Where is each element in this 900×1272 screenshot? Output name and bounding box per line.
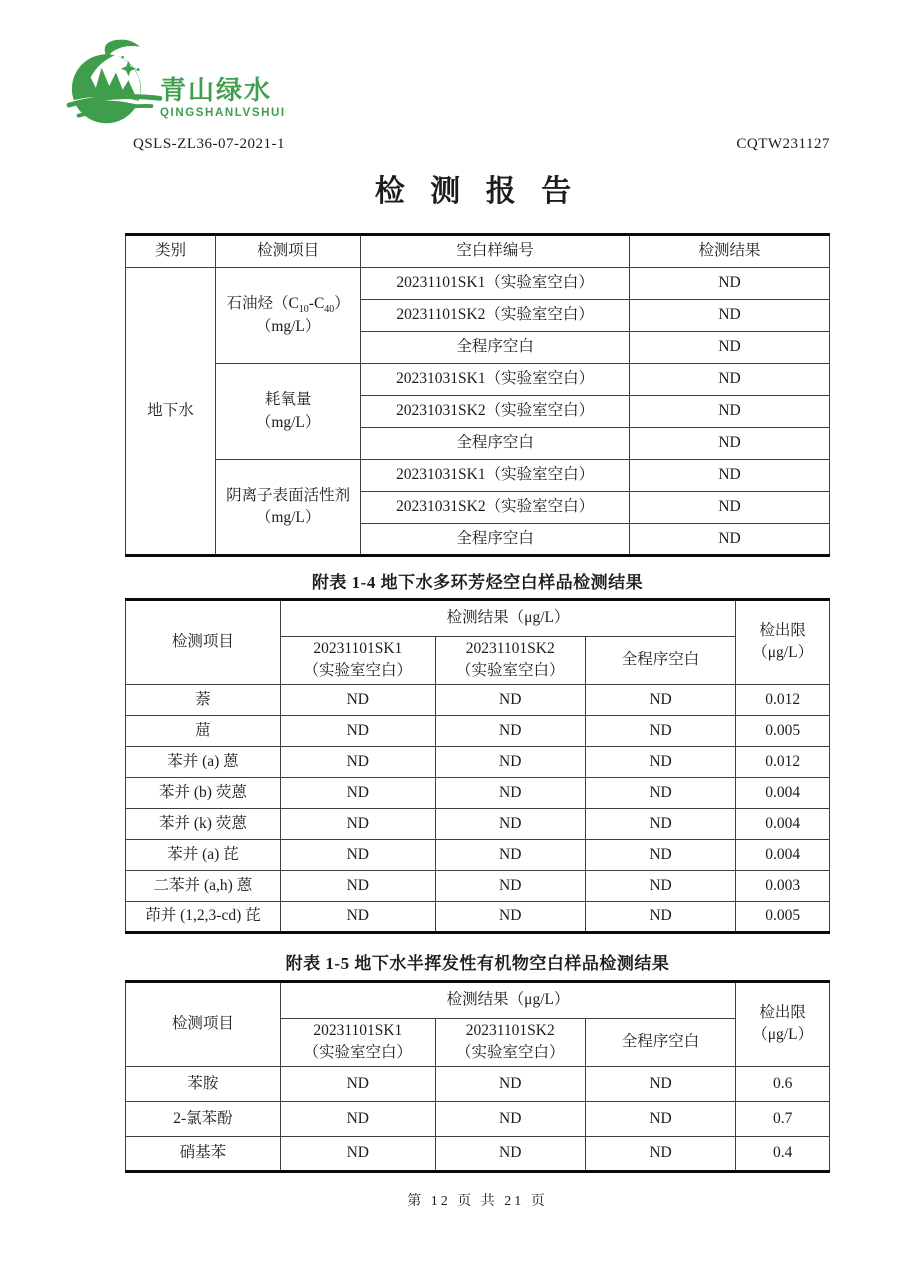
t2-result: ND xyxy=(585,839,736,870)
t3-result: ND xyxy=(280,1136,435,1171)
t2-limit: 0.012 xyxy=(736,684,830,715)
report-title-wrap: 检 测 报 告 xyxy=(125,166,830,210)
t2-col-result-group: 检测结果（μg/L） xyxy=(280,600,735,637)
t2-limit: 0.003 xyxy=(736,870,830,901)
t2-result: ND xyxy=(585,901,736,932)
t2-result: ND xyxy=(280,777,435,808)
t3-analyte: 苯胺 xyxy=(126,1066,281,1101)
t2-result: ND xyxy=(435,839,585,870)
pah-blank-table: 检测项目 检测结果（μg/L） 检出限 （μg/L） 20231101SK1（实… xyxy=(125,598,830,934)
t2-result: ND xyxy=(585,746,736,777)
t2-result: ND xyxy=(435,715,585,746)
t2-result: ND xyxy=(280,715,435,746)
t2-result: ND xyxy=(435,746,585,777)
t1-category-groundwater: 地下水 xyxy=(126,268,216,556)
t1-col-item: 检测项目 xyxy=(216,235,361,268)
t1-item-anionic-surfactant: 阴离子表面活性剂 （mg/L） xyxy=(216,460,361,556)
t2-result: ND xyxy=(280,839,435,870)
t2-subcol-sk2: 20231101SK2（实验室空白） xyxy=(435,637,585,685)
t1-sample-id: 20231031SK2（实验室空白） xyxy=(361,492,630,524)
table-caption-1-4: 附表 1-4 地下水多环芳烃空白样品检测结果 xyxy=(125,568,830,593)
t1-result: ND xyxy=(630,268,830,300)
t1-sample-id: 20231031SK2（实验室空白） xyxy=(361,396,630,428)
t2-result: ND xyxy=(435,870,585,901)
t2-limit: 0.004 xyxy=(736,839,830,870)
t2-limit: 0.004 xyxy=(736,808,830,839)
t2-analyte: 苯并 (a) 蒽 xyxy=(126,746,281,777)
t2-result: ND xyxy=(585,808,736,839)
t2-col-item: 检测项目 xyxy=(126,600,281,685)
t3-result: ND xyxy=(435,1101,585,1136)
t2-analyte: 䓛 xyxy=(126,715,281,746)
table-caption-1-5: 附表 1-5 地下水半挥发性有机物空白样品检测结果 xyxy=(125,949,830,974)
doc-codes-row: QSLS-ZL36-07-2021-1 CQTW231127 xyxy=(125,136,830,153)
t3-result: ND xyxy=(585,1101,736,1136)
t3-limit: 0.6 xyxy=(736,1066,830,1101)
t2-limit: 0.012 xyxy=(736,746,830,777)
t3-col-limit: 检出限 （μg/L） xyxy=(736,981,830,1066)
t1-col-result: 检测结果 xyxy=(630,235,830,268)
t2-analyte: 萘 xyxy=(126,684,281,715)
t2-analyte: 苯并 (a) 芘 xyxy=(126,839,281,870)
logo-name-en: QINGSHANLVSHUI xyxy=(160,107,286,119)
t3-result: ND xyxy=(280,1066,435,1101)
t1-result: ND xyxy=(630,396,830,428)
t2-result: ND xyxy=(435,808,585,839)
t2-limit: 0.005 xyxy=(736,715,830,746)
t2-subcol-sk1: 20231101SK1（实验室空白） xyxy=(280,637,435,685)
t1-item-petroleum: 石油烃（C10-C40） （mg/L） xyxy=(216,268,361,364)
t3-result: ND xyxy=(435,1066,585,1101)
t1-result: ND xyxy=(630,332,830,364)
t3-result: ND xyxy=(585,1136,736,1171)
t1-sample-id: 20231031SK1（实验室空白） xyxy=(361,460,630,492)
t2-result: ND xyxy=(585,870,736,901)
t1-sample-id: 全程序空白 xyxy=(361,524,630,556)
page-footer: 第 12 页 共 21 页 xyxy=(125,1190,830,1210)
logo-text: 青山绿水 QINGSHANLVSHUI xyxy=(160,77,286,118)
report-title: 检 测 报 告 xyxy=(375,175,581,208)
t3-limit: 0.4 xyxy=(736,1136,830,1171)
t1-sample-id: 20231031SK1（实验室空白） xyxy=(361,364,630,396)
t2-result: ND xyxy=(585,684,736,715)
t1-result: ND xyxy=(630,428,830,460)
t2-result: ND xyxy=(280,808,435,839)
t3-limit: 0.7 xyxy=(736,1101,830,1136)
t3-subcol-procedure-blank: 全程序空白 xyxy=(585,1018,736,1066)
t1-item-oxygen-demand: 耗氧量 （mg/L） xyxy=(216,364,361,460)
blank-sample-table: 类别 检测项目 空白样编号 检测结果 地下水 石油烃（C10-C40） （mg/… xyxy=(125,233,830,557)
t3-result: ND xyxy=(435,1136,585,1171)
svoc-blank-table: 检测项目 检测结果（μg/L） 检出限 （μg/L） 20231101SK1（实… xyxy=(125,980,830,1173)
logo: 青山绿水 QINGSHANLVSHUI xyxy=(66,38,286,130)
t1-col-sample-id: 空白样编号 xyxy=(361,235,630,268)
t2-result: ND xyxy=(435,901,585,932)
t2-result: ND xyxy=(280,870,435,901)
t2-result: ND xyxy=(280,684,435,715)
t3-col-result-group: 检测结果（μg/L） xyxy=(280,981,735,1018)
t2-result: ND xyxy=(585,715,736,746)
t1-sample-id: 20231101SK1（实验室空白） xyxy=(361,268,630,300)
logo-name-cn: 青山绿水 xyxy=(160,77,286,104)
t2-col-limit: 检出限 （μg/L） xyxy=(736,600,830,685)
t1-result: ND xyxy=(630,364,830,396)
t1-sample-id: 全程序空白 xyxy=(361,332,630,364)
t1-sample-id: 20231101SK2（实验室空白） xyxy=(361,300,630,332)
t2-analyte: 茚并 (1,2,3-cd) 芘 xyxy=(126,901,281,932)
t1-col-category: 类别 xyxy=(126,235,216,268)
t3-analyte: 硝基苯 xyxy=(126,1136,281,1171)
t3-col-item: 检测项目 xyxy=(126,981,281,1066)
t1-result: ND xyxy=(630,300,830,332)
t2-limit: 0.004 xyxy=(736,777,830,808)
report-content: 类别 检测项目 空白样编号 检测结果 地下水 石油烃（C10-C40） （mg/… xyxy=(125,233,830,1210)
t2-subcol-procedure-blank: 全程序空白 xyxy=(585,637,736,685)
doc-code-right: CQTW231127 xyxy=(736,136,830,153)
t2-result: ND xyxy=(435,777,585,808)
t2-analyte: 苯并 (k) 荧蒽 xyxy=(126,808,281,839)
t2-analyte: 二苯并 (a,h) 蒽 xyxy=(126,870,281,901)
doc-code-left: QSLS-ZL36-07-2021-1 xyxy=(133,136,285,153)
t1-result: ND xyxy=(630,524,830,556)
mountain-water-logo-icon xyxy=(66,38,164,130)
t3-subcol-sk2: 20231101SK2（实验室空白） xyxy=(435,1018,585,1066)
t3-result: ND xyxy=(280,1101,435,1136)
t2-limit: 0.005 xyxy=(736,901,830,932)
t2-result: ND xyxy=(280,901,435,932)
t3-result: ND xyxy=(585,1066,736,1101)
t1-sample-id: 全程序空白 xyxy=(361,428,630,460)
t2-result: ND xyxy=(435,684,585,715)
t3-analyte: 2-氯苯酚 xyxy=(126,1101,281,1136)
t2-analyte: 苯并 (b) 荧蒽 xyxy=(126,777,281,808)
report-page: 青山绿水 QINGSHANLVSHUI QSLS-ZL36-07-2021-1 … xyxy=(0,0,900,1272)
t1-result: ND xyxy=(630,492,830,524)
t1-result: ND xyxy=(630,460,830,492)
t3-subcol-sk1: 20231101SK1（实验室空白） xyxy=(280,1018,435,1066)
t2-result: ND xyxy=(585,777,736,808)
t2-result: ND xyxy=(280,746,435,777)
